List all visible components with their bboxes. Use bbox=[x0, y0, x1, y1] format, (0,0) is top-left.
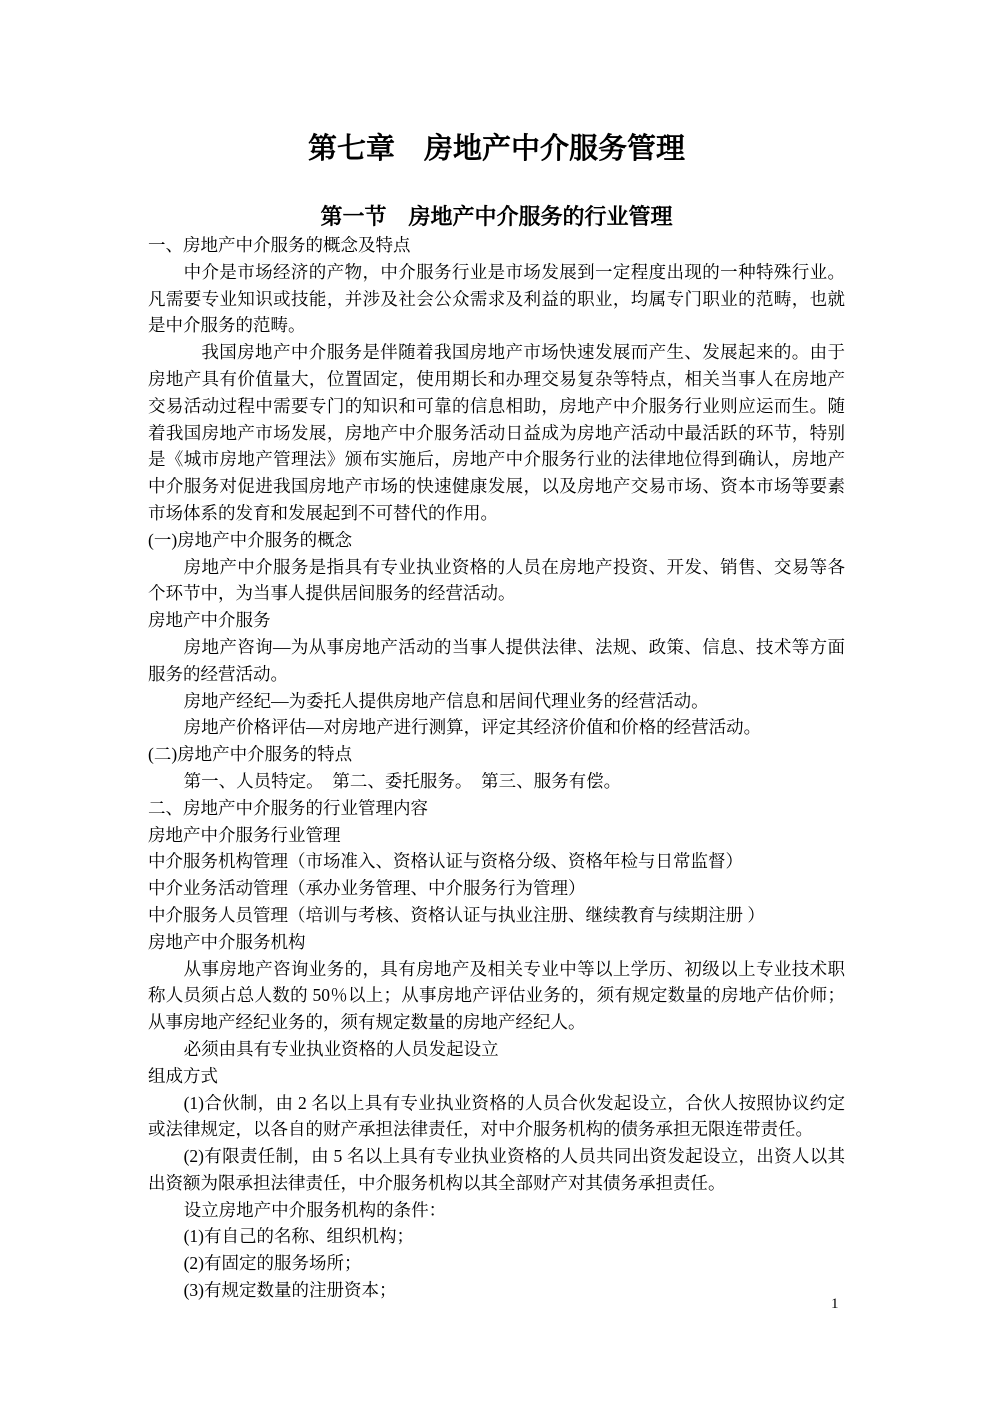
body-line: 房地产价格评估—对房地产进行测算，评定其经济价值和价格的经营活动。 bbox=[148, 714, 845, 741]
body-line: 组成方式 bbox=[148, 1063, 845, 1090]
body-line: 从事房地产经纪业务的，须有规定数量的房地产经纪人。 bbox=[148, 1009, 845, 1036]
section-heading: 第一节 房地产中介服务的行业管理 bbox=[148, 204, 845, 229]
body-line: 二、房地产中介服务的行业管理内容 bbox=[148, 795, 845, 822]
body-line: 中介是市场经济的产物，中介服务行业是市场发展到一定程度出现的一种特殊行业。 bbox=[148, 259, 845, 286]
page-number: 1 bbox=[831, 1295, 839, 1313]
body-line: 我国房地产中介服务是伴随着我国房地产市场快速发展而产生、发展起来的。由于 bbox=[148, 339, 845, 366]
body-line: 称人员须占总人数的 50％以上；从事房地产评估业务的，须有规定数量的房地产估价师… bbox=[148, 982, 845, 1009]
body-line: 着我国房地产市场发展，房地产中介服务活动日益成为房地产活动中最活跃的环节，特别 bbox=[148, 420, 845, 447]
body-line: 中介业务活动管理（承办业务管理、中介服务行为管理） bbox=[148, 875, 845, 902]
body-lines: 一、房地产中介服务的概念及特点中介是市场经济的产物，中介服务行业是市场发展到一定… bbox=[148, 232, 845, 1304]
body-line: (1)合伙制，由 2 名以上具有专业执业资格的人员合伙发起设立，合伙人按照协议约… bbox=[148, 1090, 845, 1117]
body-line: 是中介服务的范畴。 bbox=[148, 312, 845, 339]
body-line: 房地产具有价值量大，位置固定，使用期长和办理交易复杂等特点，相关当事人在房地产 bbox=[148, 366, 845, 393]
body-line: 凡需要专业知识或技能，并涉及社会公众需求及利益的职业，均属专门职业的范畴，也就 bbox=[148, 286, 845, 313]
body-line: 房地产中介服务是指具有专业执业资格的人员在房地产投资、开发、销售、交易等各 bbox=[148, 554, 845, 581]
body-line: 交易活动过程中需要专门的知识和可靠的信息相助，房地产中介服务行业则应运而生。随 bbox=[148, 393, 845, 420]
body-line: 中介服务人员管理（培训与考核、资格认证与执业注册、继续教育与续期注册 ） bbox=[148, 902, 845, 929]
document-content: 第七章 房地产中介服务管理 第一节 房地产中介服务的行业管理 一、房地产中介服务… bbox=[148, 133, 845, 1304]
body-line: 市场体系的发育和发展起到不可替代的作用。 bbox=[148, 500, 845, 527]
chapter-heading: 第七章 房地产中介服务管理 bbox=[148, 133, 845, 165]
body-line: 设立房地产中介服务机构的条件： bbox=[148, 1197, 845, 1224]
body-line: 一、房地产中介服务的概念及特点 bbox=[148, 232, 845, 259]
body-line: 第一、人员特定。 第二、委托服务。 第三、服务有偿。 bbox=[148, 768, 845, 795]
body-line: (2)有固定的服务场所； bbox=[148, 1250, 845, 1277]
body-line: 是《城市房地产管理法》颁布实施后，房地产中介服务行业的法律地位得到确认，房地产 bbox=[148, 446, 845, 473]
body-line: (3)有规定数量的注册资本； bbox=[148, 1277, 845, 1304]
body-line: (1)有自己的名称、组织机构； bbox=[148, 1223, 845, 1250]
document-page: 第七章 房地产中介服务管理 第一节 房地产中介服务的行业管理 一、房地产中介服务… bbox=[0, 0, 993, 1404]
body-line: 房地产中介服务行业管理 bbox=[148, 822, 845, 849]
body-line: 或法律规定，以各自的财产承担法律责任，对中介服务机构的债务承担无限连带责任。 bbox=[148, 1116, 845, 1143]
body-line: 出资额为限承担法律责任，中介服务机构以其全部财产对其债务承担责任。 bbox=[148, 1170, 845, 1197]
body-line: (一)房地产中介服务的概念 bbox=[148, 527, 845, 554]
body-line: 中介服务对促进我国房地产市场的快速健康发展，以及房地产交易市场、资本市场等要素 bbox=[148, 473, 845, 500]
body-line: (二)房地产中介服务的特点 bbox=[148, 741, 845, 768]
body-line: 房地产咨询—为从事房地产活动的当事人提供法律、法规、政策、信息、技术等方面 bbox=[148, 634, 845, 661]
body-line: 个环节中，为当事人提供居间服务的经营活动。 bbox=[148, 580, 845, 607]
body-line: 中介服务机构管理（市场准入、资格认证与资格分级、资格年检与日常监督） bbox=[148, 848, 845, 875]
body-line: 必须由具有专业执业资格的人员发起设立 bbox=[148, 1036, 845, 1063]
body-line: 服务的经营活动。 bbox=[148, 661, 845, 688]
body-line: 房地产中介服务机构 bbox=[148, 929, 845, 956]
body-line: (2)有限责任制，由 5 名以上具有专业执业资格的人员共同出资发起设立，出资人以… bbox=[148, 1143, 845, 1170]
body-line: 房地产中介服务 bbox=[148, 607, 845, 634]
body-line: 房地产经纪—为委托人提供房地产信息和居间代理业务的经营活动。 bbox=[148, 688, 845, 715]
body-line: 从事房地产咨询业务的，具有房地产及相关专业中等以上学历、初级以上专业技术职 bbox=[148, 956, 845, 983]
